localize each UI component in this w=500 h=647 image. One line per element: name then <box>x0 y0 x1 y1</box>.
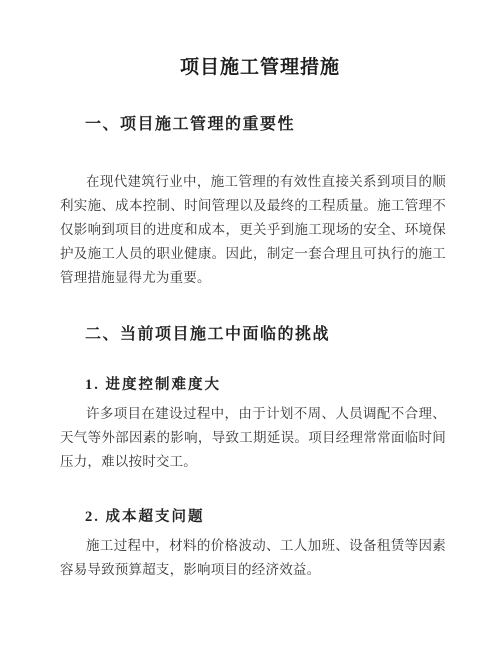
subsection-1-paragraph: 许多项目在建设过程中，由于计划不周、人员调配不合理、天气等外部因素的影响，导致工… <box>60 402 446 474</box>
section-2-heading: 二、当前项目施工中面临的挑战 <box>60 324 446 346</box>
document-page: 项目施工管理措施 一、项目施工管理的重要性 在现代建筑行业中，施工管理的有效性直… <box>0 0 500 647</box>
document-title: 项目施工管理措施 <box>60 53 446 83</box>
section-1-paragraph: 在现代建筑行业中，施工管理的有效性直接关系到项目的顺利实施、成本控制、时间管理以… <box>60 170 446 290</box>
subsection-2-paragraph: 施工过程中，材料的价格波动、工人加班、设备租赁等因素容易导致预算超支，影响项目的… <box>60 534 446 582</box>
subsection-2-heading: 2. 成本超支问题 <box>60 507 446 527</box>
section-1-heading: 一、项目施工管理的重要性 <box>60 114 446 136</box>
subsection-1-heading: 1. 进度控制难度大 <box>60 375 446 395</box>
